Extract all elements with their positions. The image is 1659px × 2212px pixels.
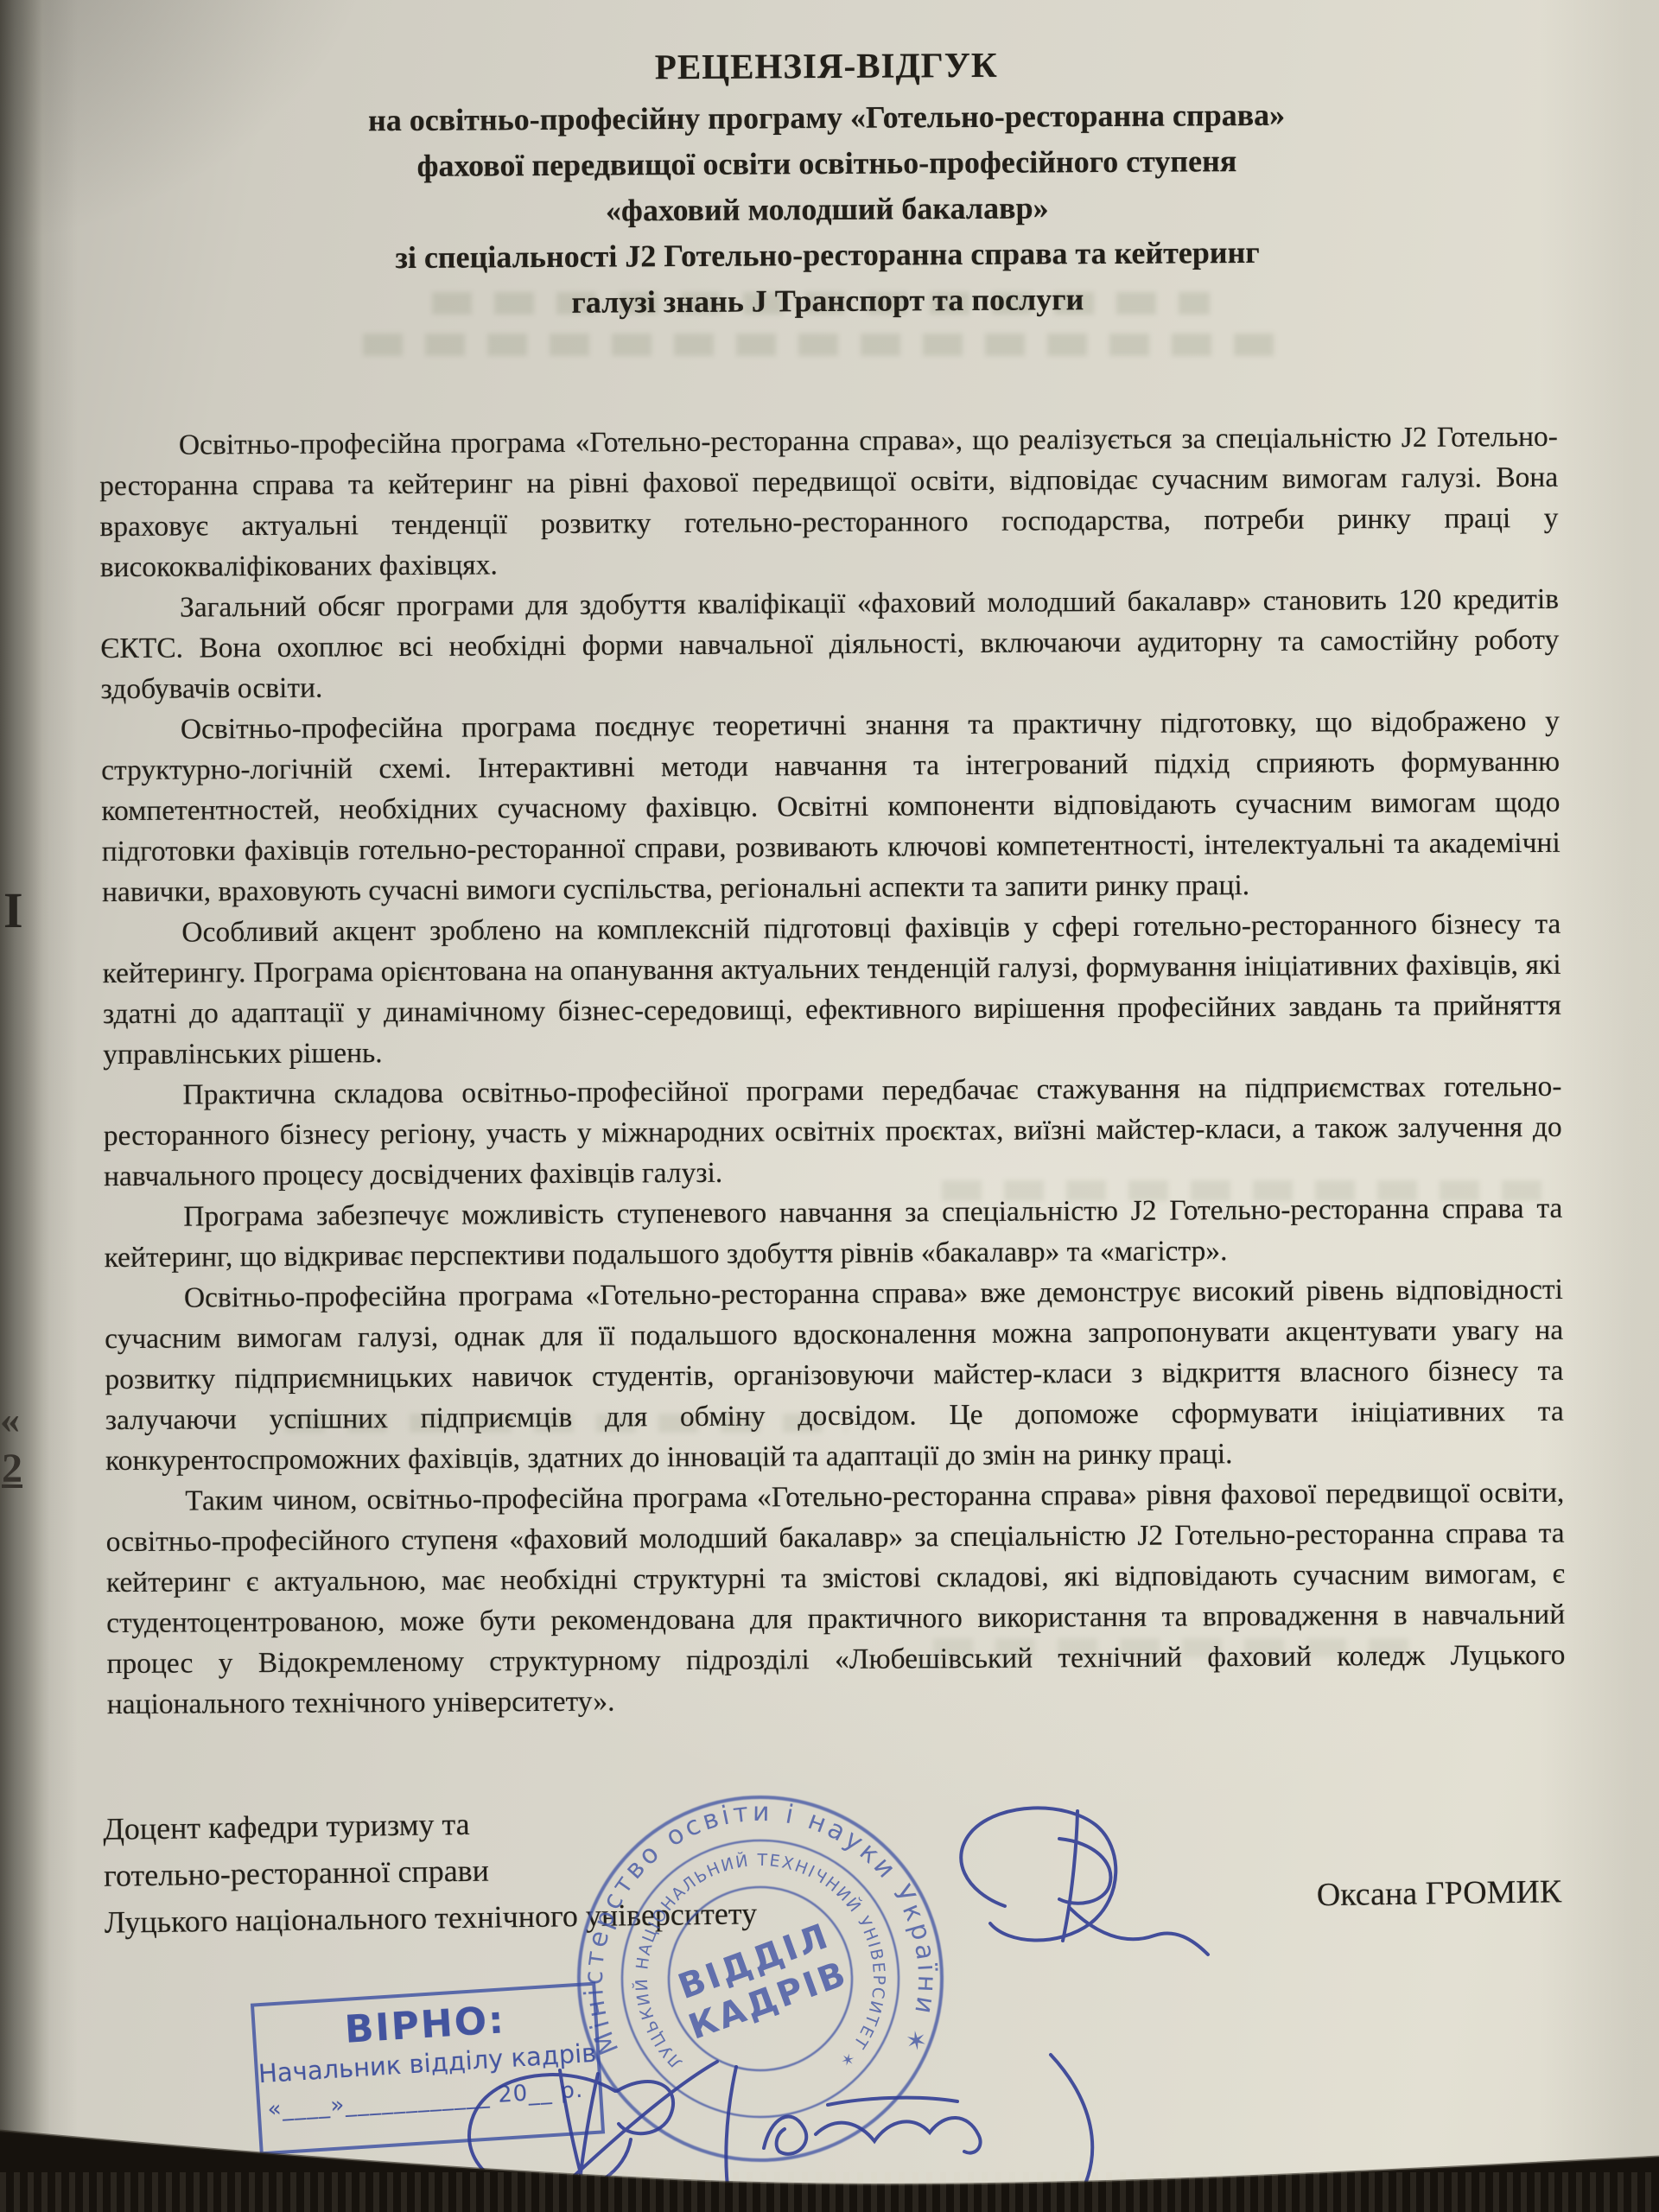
body-paragraph: Програма забезпечує можливість ступенево… [104, 1188, 1563, 1278]
body-paragraph: Практична складова освітньо-професійної … [103, 1066, 1562, 1197]
body-paragraph: Освітньо-професійна програма «Готельно-р… [105, 1269, 1564, 1481]
underlying-page-edge [0, 0, 50, 2212]
body-paragraph: Освітньо-професійна програма «Готельно-р… [99, 416, 1559, 588]
signature-block: Доцент кафедри туризму та готельно-ресто… [103, 1785, 1565, 1946]
edge-fragment: « [0, 1396, 20, 1442]
table-texture [0, 2172, 1659, 2212]
page-title: РЕЦЕНЗІЯ-ВІДГУК [97, 41, 1555, 91]
edge-fragment: 2 [2, 1445, 22, 1492]
edge-fragment: І [3, 881, 23, 939]
body-paragraph: Таким чином, освітньо-професійна програм… [105, 1472, 1566, 1725]
certification-stamp: ВІРНО: Начальник відділу кадрів «____»__… [251, 1982, 605, 2156]
subtitle-line: галузі знань J Транспорт та послуги [99, 274, 1557, 328]
signer-position: Доцент кафедри туризму та готельно-ресто… [103, 1785, 1565, 1946]
body-paragraphs: Освітньо-професійна програма «Готельно-р… [99, 416, 1566, 1725]
document-body: РЕЦЕНЗІЯ-ВІДГУК на освітньо-професійну п… [97, 41, 1566, 1725]
body-paragraph: Особливий акцент зроблено на комплексній… [102, 904, 1561, 1075]
body-paragraph: Освітньо-професійна програма поєднує тео… [101, 701, 1560, 912]
body-paragraph: Загальний обсяг програми для здобуття кв… [100, 579, 1560, 709]
document-photo: І « 2 РЕЦЕНЗІЯ-ВІДГУК на освітньо-профес… [0, 0, 1659, 2212]
signer-name: Оксана ГРОМИК [1253, 1867, 1625, 1919]
